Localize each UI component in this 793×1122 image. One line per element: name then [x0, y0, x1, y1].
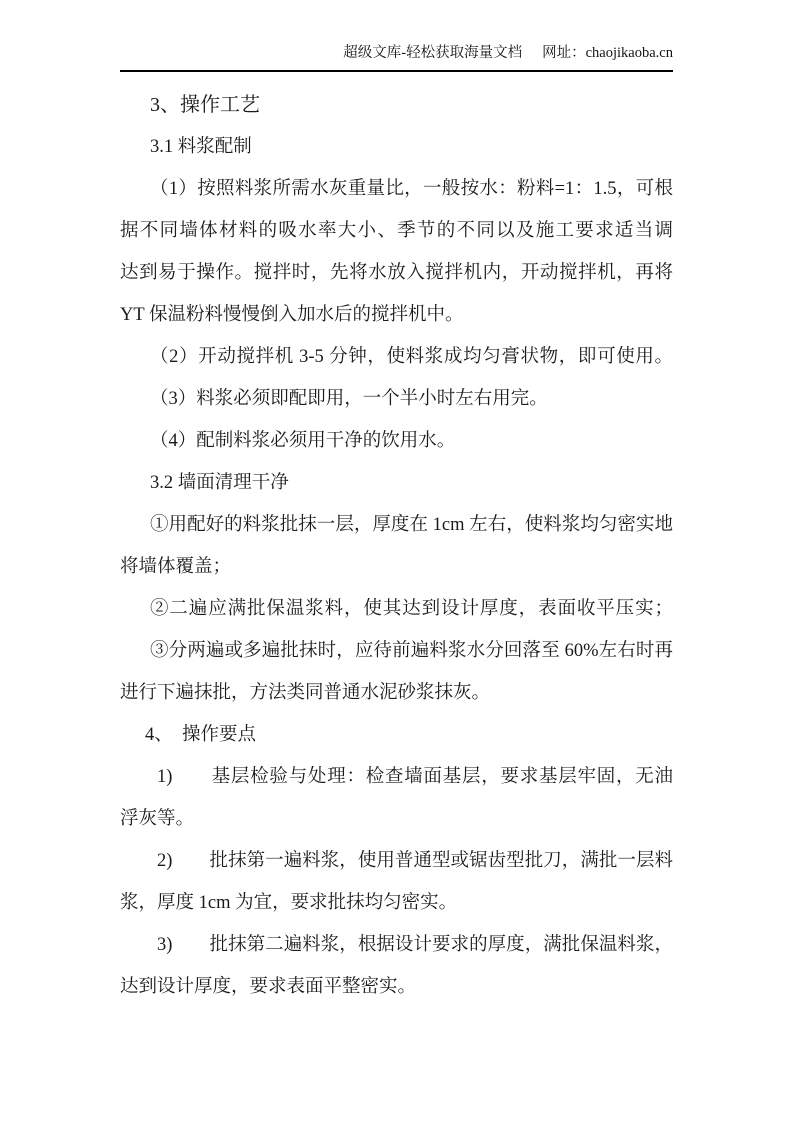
subsection-heading-3-2: 3.2 墙面清理干净: [120, 462, 673, 504]
header-site-text: 超级文库-轻松获取海量文档: [343, 45, 522, 61]
header-divider: [120, 70, 673, 72]
body-line: （2）开动搅拌机 3-5 分钟，使料浆成均匀膏状物，即可使用。: [120, 336, 673, 378]
header-url-text: 网址：chaojikaoba.cn: [542, 45, 673, 61]
body-line: （4）配制料浆必须用干净的饮用水。: [120, 420, 673, 462]
section-heading-4: 4、 操作要点: [120, 714, 673, 756]
body-line: 据不同墙体材料的吸水率大小、季节的不同以及施工要求适当调整，: [120, 210, 673, 252]
body-line: （3）料浆必须即配即用，一个半小时左右用完。: [120, 378, 673, 420]
body-line: 将墙体覆盖；: [120, 546, 673, 588]
body-line: YT 保温粉料慢慢倒入加水后的搅拌机中。: [120, 294, 673, 336]
body-line: ①用配好的料浆批抹一层，厚度在 1cm 左右，使料浆均匀密实地: [120, 504, 673, 546]
body-line: 达到设计厚度，要求表面平整密实。: [120, 966, 673, 1008]
list-item-line: 1) 基层检验与处理：检查墙面基层，要求基层牢固，无油污、: [120, 756, 673, 798]
list-item-line: 2) 批抹第一遍料浆，使用普通型或锯齿型批刀，满批一层料: [120, 840, 673, 882]
body-line: ②二遍应满批保温浆料，使其达到设计厚度，表面收平压实；: [120, 588, 673, 630]
page-header: 超级文库-轻松获取海量文档网址：chaojikaoba.cn: [343, 44, 673, 62]
document-page: 超级文库-轻松获取海量文档网址：chaojikaoba.cn 3、操作工艺 3.…: [0, 0, 793, 1122]
document-body: 3、操作工艺 3.1 料浆配制 （1）按照料浆所需水灰重量比，一般按水：粉料=1…: [120, 84, 673, 1008]
section-heading-3: 3、操作工艺: [120, 84, 673, 126]
body-line: （1）按照料浆所需水灰重量比，一般按水：粉料=1：1.5，可根: [120, 168, 673, 210]
body-line: 浆，厚度 1cm 为宜，要求批抹均匀密实。: [120, 882, 673, 924]
body-line: 浮灰等。: [120, 798, 673, 840]
body-line: ③分两遍或多遍批抹时，应待前遍料浆水分回落至 60%左右时再: [120, 630, 673, 672]
list-item-line: 3) 批抹第二遍料浆，根据设计要求的厚度，满批保温料浆，: [120, 924, 673, 966]
body-line: 达到易于操作。搅拌时，先将水放入搅拌机内，开动搅拌机，再将: [120, 252, 673, 294]
subsection-heading-3-1: 3.1 料浆配制: [120, 126, 673, 168]
body-line: 进行下遍抹批，方法类同普通水泥砂浆抹灰。: [120, 672, 673, 714]
